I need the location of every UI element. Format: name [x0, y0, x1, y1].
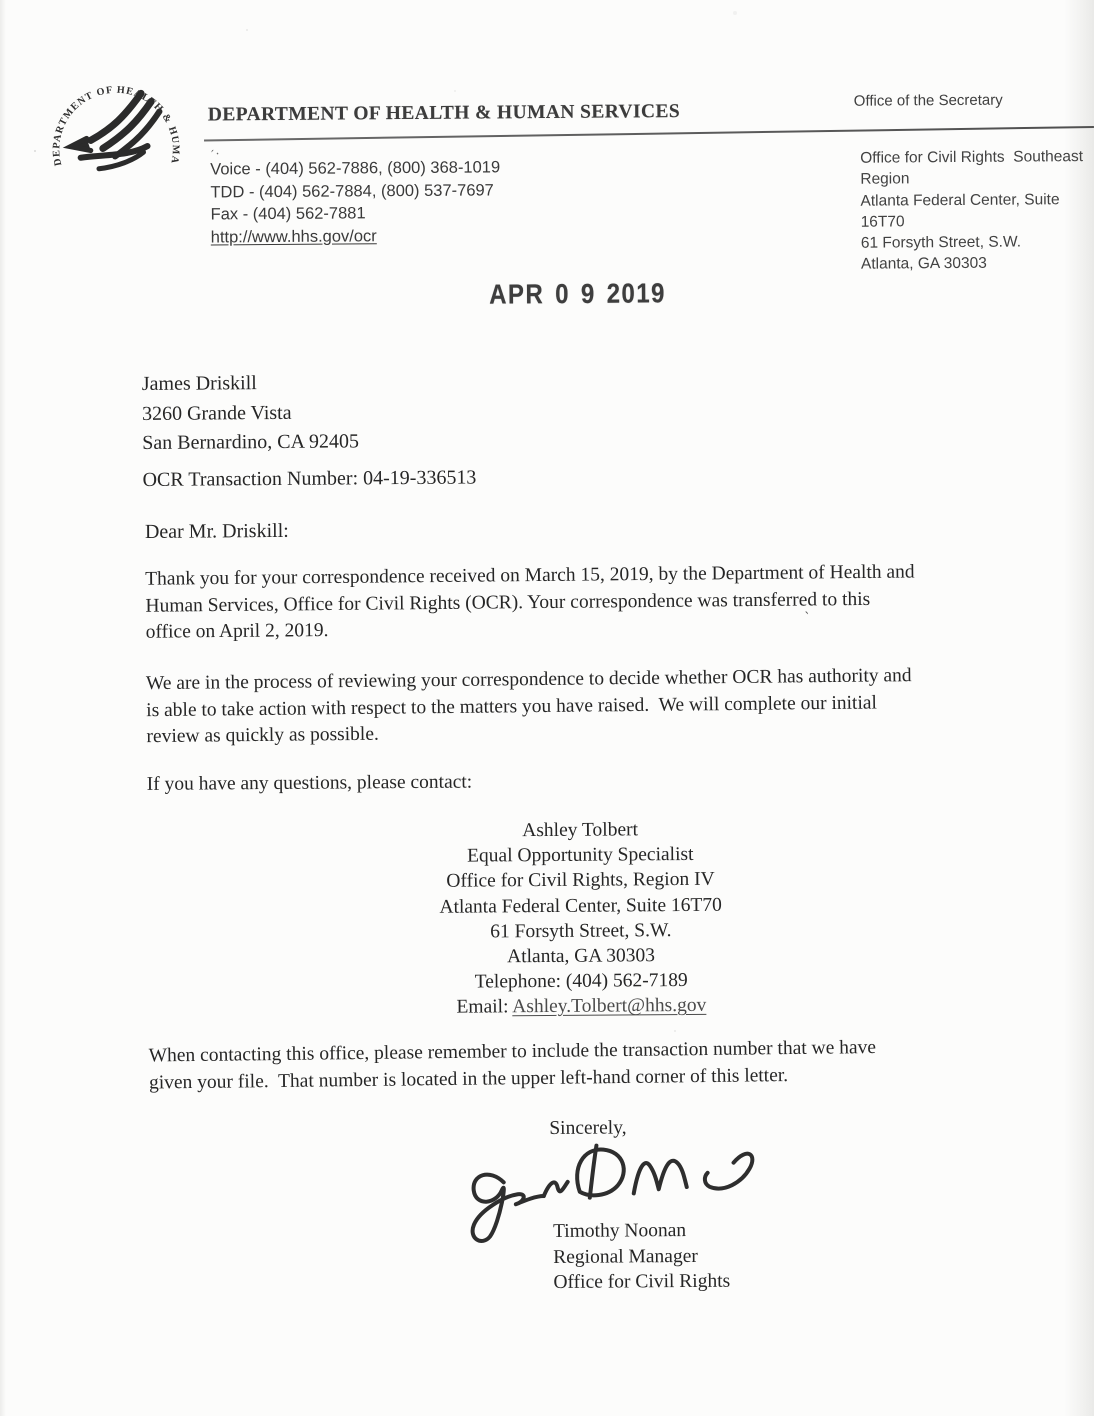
voice-line: Voice - (404) 562-7886, (800) 368-1019: [210, 156, 500, 181]
scanned-letter-page: DEPARTMENT OF HEALTH & HUMAN SERVICES·US…: [0, 0, 1094, 1416]
signer-title: Regional Manager: [553, 1243, 730, 1270]
regional-office-address: Office for Civil Rights Southeast Region…: [860, 146, 1094, 276]
body-paragraph-3: If you have any questions, please contac…: [147, 770, 473, 799]
office-of-secretary-label: Office of the Secretary: [854, 92, 1003, 110]
closing-paragraph: When contacting this office, please reme…: [149, 1035, 877, 1097]
region-address-line: Atlanta Federal Center, Suite: [860, 188, 1094, 211]
hhs-seal-icon: DEPARTMENT OF HEALTH & HUMAN SERVICES·US…: [39, 59, 192, 212]
recipient-street: 3260 Grande Vista: [142, 398, 359, 429]
body-paragraph-2: We are in the process of reviewing your …: [146, 663, 913, 751]
region-address-line: Region: [860, 167, 1094, 190]
body-paragraph-1: Thank you for your correspondence receiv…: [145, 559, 915, 646]
agency-contact-block: Voice - (404) 562-7886, (800) 368-1019 T…: [210, 156, 501, 248]
scan-content: DEPARTMENT OF HEALTH & HUMAN SERVICES·US…: [0, 0, 1094, 1416]
email-label: Email:: [456, 997, 512, 1018]
salutation: Dear Mr. Driskill:: [145, 520, 289, 544]
date-received-stamp: APR 0 9 2019: [489, 278, 666, 311]
region-address-line: 16T70: [861, 210, 1094, 233]
region-address-line: 61 Forsyth Street, S.W.: [861, 231, 1094, 254]
contact-person-block: Ashley Tolbert Equal Opportunity Special…: [1, 814, 1094, 1024]
recipient-name: James Driskill: [142, 368, 359, 399]
recipient-address-block: James Driskill 3260 Grande Vista San Ber…: [142, 368, 359, 458]
region-address-line: Office for Civil Rights Southeast: [860, 146, 1094, 169]
tdd-line: TDD - (404) 562-7884, (800) 537-7697: [210, 179, 500, 204]
recipient-city: San Bernardino, CA 92405: [142, 427, 359, 458]
transaction-number-line: OCR Transaction Number: 04-19-336513: [142, 467, 476, 492]
signer-office: Office for Civil Rights: [553, 1269, 730, 1296]
fax-line: Fax - (404) 562-7881: [211, 201, 501, 226]
region-address-line: Atlanta, GA 30303: [861, 252, 1094, 275]
signer-block: Timothy Noonan Regional Manager Office f…: [553, 1218, 730, 1296]
hhs-ocr-website-link[interactable]: http://www.hhs.gov/ocr: [211, 227, 377, 246]
header-divider: [204, 126, 1094, 142]
department-title: DEPARTMENT OF HEALTH & HUMAN SERVICES: [208, 101, 680, 126]
signer-name: Timothy Noonan: [553, 1218, 730, 1245]
contact-email-link[interactable]: Ashley.Tolbert@hhs.gov: [512, 995, 706, 1017]
